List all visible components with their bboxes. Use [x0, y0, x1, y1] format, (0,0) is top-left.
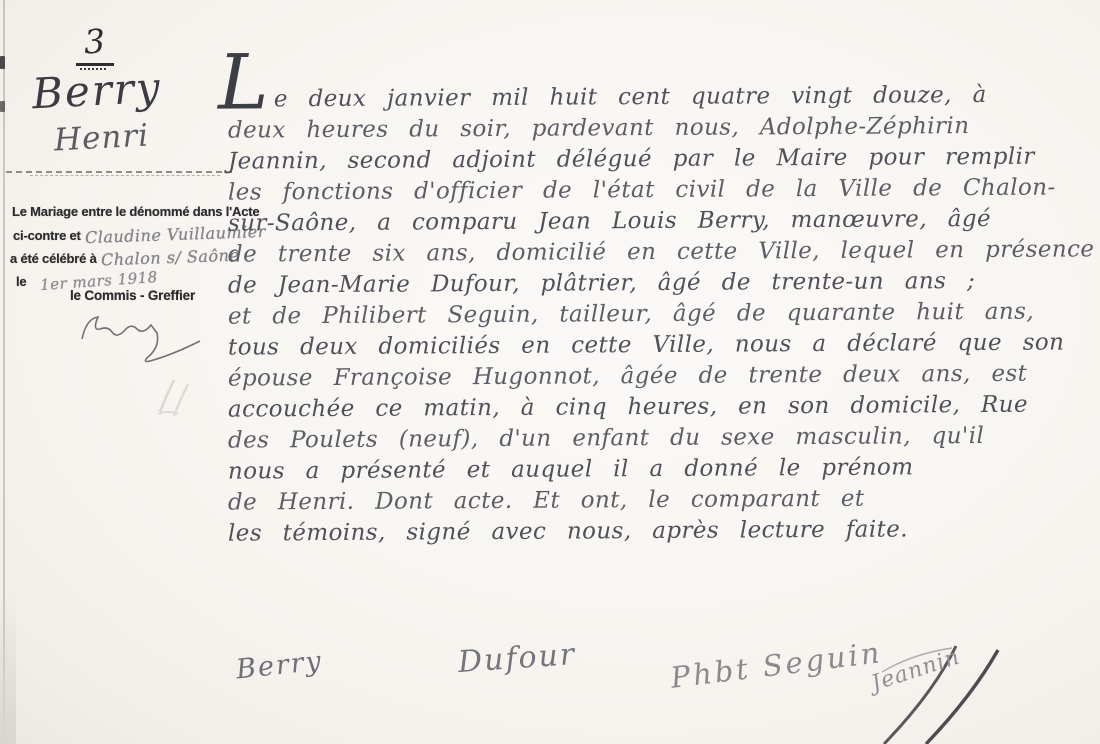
- margin-pencil-mark: [152, 370, 212, 428]
- marriage-stamp-line1: Le Mariage entre le dénommé dans l'Acte: [12, 204, 259, 219]
- act-body-line: accouchée ce matin, à cinq heures, en so…: [228, 391, 1080, 422]
- act-body-line: épouse Françoise Hugonnot, âgée de trent…: [228, 360, 1080, 391]
- act-body-line: tous deux domiciliés en cette Ville, nou…: [228, 329, 1080, 360]
- act-body-line: nous a présenté et auquel il a donné le …: [228, 453, 1080, 484]
- act-body-line: de trente six ans, domicilié en cette Vi…: [228, 236, 1080, 267]
- scan-edge-mark: [0, 101, 5, 112]
- marriage-stamp-printed-text: a été célébré à: [10, 251, 97, 266]
- registered-surname: Berry: [31, 63, 163, 119]
- margin-divider-rule: [6, 171, 232, 173]
- marriage-stamp-printed-text: ci-contre et: [13, 228, 81, 243]
- act-body-line: les témoins, signé avec nous, après lect…: [228, 515, 1080, 546]
- signature-witness-dufour: Dufour: [457, 637, 577, 680]
- signature-declarant: Berry: [235, 646, 325, 686]
- marriage-stamp-handwritten-place: Chalon s/ Saône: [100, 246, 239, 270]
- scan-corner-shadow: [0, 594, 16, 744]
- act-number: 3: [83, 21, 106, 61]
- act-body-line: de Henri. Dont acte. Et ont, le comparan…: [228, 484, 1080, 515]
- act-body-line: sur-Saône, a comparu Jean Louis Berry, m…: [228, 205, 1080, 236]
- birth-act-scan: 3 Berry Henri Le Mariage entre le dénomm…: [0, 0, 1100, 744]
- act-body-line: des Poulets (neuf), d'un enfant du sexe …: [228, 422, 1080, 453]
- act-body-line: et de Philibert Seguin, tailleur, âgé de…: [228, 298, 1080, 329]
- marriage-stamp-line3: a été célébré àChalon s/ Saône: [10, 248, 239, 267]
- act-body-line: Jeannin, second adjoint délégué par le M…: [228, 143, 1080, 174]
- scan-edge-mark: [0, 56, 5, 69]
- margin-divider-rule: [30, 175, 220, 176]
- act-body-line: les fonctions d'officier de l'état civil…: [228, 174, 1080, 205]
- act-body-line: deux heures du soir, pardevant nous, Ado…: [228, 112, 1080, 143]
- commis-greffier-signature: [68, 303, 218, 363]
- registered-given-name: Henri: [53, 118, 150, 159]
- act-body-line: de Jean-Marie Dufour, plâtrier, âgé de t…: [228, 267, 1080, 298]
- marriage-stamp-printed-text: le: [16, 274, 26, 289]
- act-body-line: Le deux janvier mil huit cent quatre vin…: [228, 81, 1080, 112]
- commis-greffier-title: le Commis - Greffier: [70, 288, 195, 303]
